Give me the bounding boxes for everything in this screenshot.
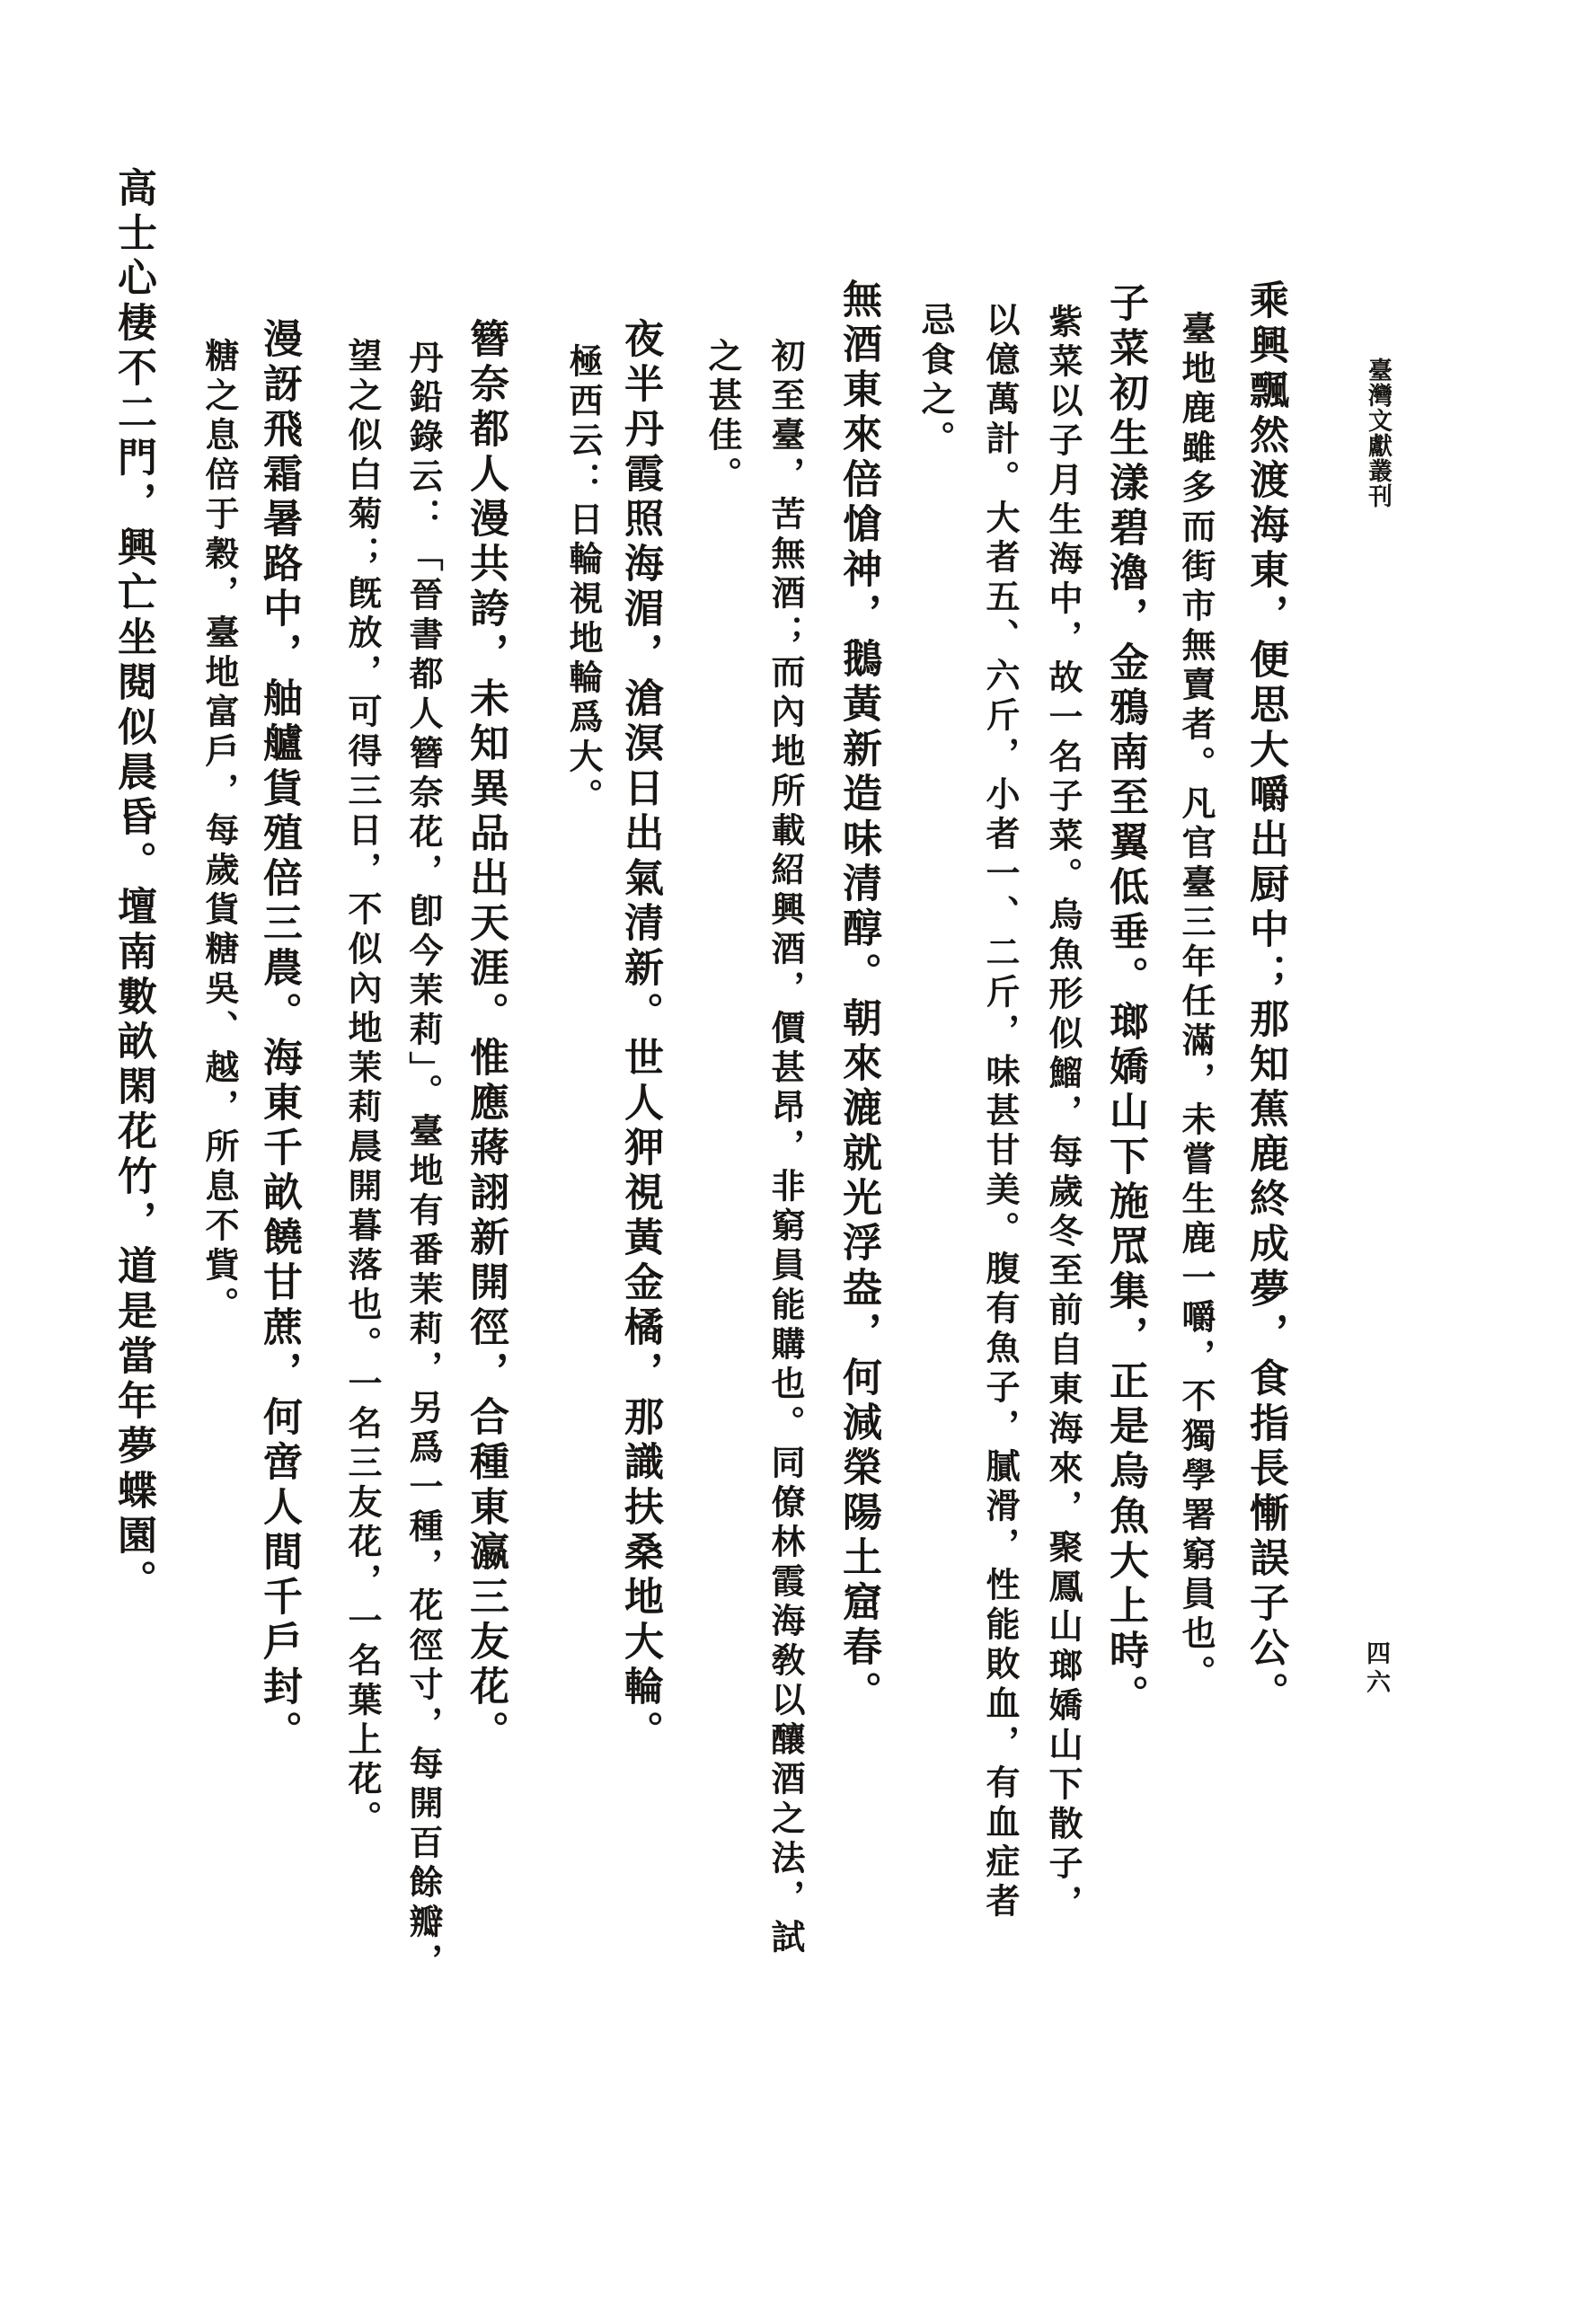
note-column-3a: 初至臺，苦無酒；而內地所載紹興酒，價甚昂，非窮員能購也。同僚林霞海敎以釀酒之法，… bbox=[765, 167, 803, 1910]
note-column-2c: 忌食之。 bbox=[915, 167, 953, 1910]
note-column-5b: 望之似白菊；旣放，可得三日，不似內地茉莉晨開暮落也。一名三友花，一名葉上花。 bbox=[342, 167, 380, 1910]
poem-column-5: 簪奈都人漫共誇，未知異品出天涯。惟應蔣詡新開徑，合種東瀛三友花。 bbox=[464, 167, 507, 1910]
poem-column-6: 漫訝飛霜暑路中，舳艫貨殖倍三農。海東千畝饒甘蔗，何啻人間千戶封。 bbox=[257, 167, 300, 1910]
note-column-2b: 以億萬計。大者五、六斤，小者一、二斤，味甚甘美。腹有魚子，膩滑，性能敗血，有血症… bbox=[980, 167, 1018, 1910]
poem-column-1: 乘興飄然渡海東，便思大嚼出厨中；那知蕉鹿終成夢，食指長慚誤子公。 bbox=[1243, 167, 1287, 1910]
scanned-book-page: 臺灣文獻叢刊 四六 乘興飄然渡海東，便思大嚼出厨中；那知蕉鹿終成夢，食指長慚誤子… bbox=[0, 0, 1583, 2324]
note-column-1: 臺地鹿雖多而街市無賣者。凡官臺三年任滿，未嘗生鹿一嚼，不獨學署窮員也。 bbox=[1176, 167, 1214, 1910]
note-column-5a: 丹鉛錄云：「晉書都人簪奈花，卽今茉莉」。臺地有番茉莉，另爲一種，花徑寸，每開百餘… bbox=[403, 167, 441, 1910]
note-column-3b: 之甚佳。 bbox=[703, 167, 740, 1910]
note-column-2a: 紫菜以子月生海中，故一名子菜。烏魚形似鰡，每歲冬至前自東海來，聚鳳山瑯嬌山下散子… bbox=[1043, 167, 1081, 1910]
note-column-6a: 糖之息倍于穀，臺地富戶，每歲貨糖吳、越，所息不貲。 bbox=[199, 167, 237, 1910]
text-block: 乘興飄然渡海東，便思大嚼出厨中；那知蕉鹿終成夢，食指長慚誤子公。 臺地鹿雖多而街… bbox=[101, 167, 1287, 1910]
page-number: 四六 bbox=[1359, 1640, 1394, 1698]
poem-column-2: 子菜初生漾碧瀂，金鴉南至翼低垂。瑯嬌山下施罛集，正是烏魚大上時。 bbox=[1103, 167, 1146, 1910]
note-column-4a: 極西云：日輪視地輪爲大。 bbox=[563, 167, 601, 1910]
running-head-title: 臺灣文獻叢刊 bbox=[1361, 358, 1396, 508]
poem-column-7: 高士心棲不二門，興亡坐閱似晨昏。壇南數畝閑花竹，道是當年夢蝶園。 bbox=[111, 167, 155, 1910]
poem-column-4: 夜半丹霞照海湄，滄溟日出氣清新。世人狎視黃金橘，那識扶桑地大輪。 bbox=[618, 167, 661, 1910]
poem-column-3: 無酒東來倍愴神，鵝黃新造味清醇。朝來漉就光浮盎，何減榮陽土窟春。 bbox=[836, 167, 880, 1910]
